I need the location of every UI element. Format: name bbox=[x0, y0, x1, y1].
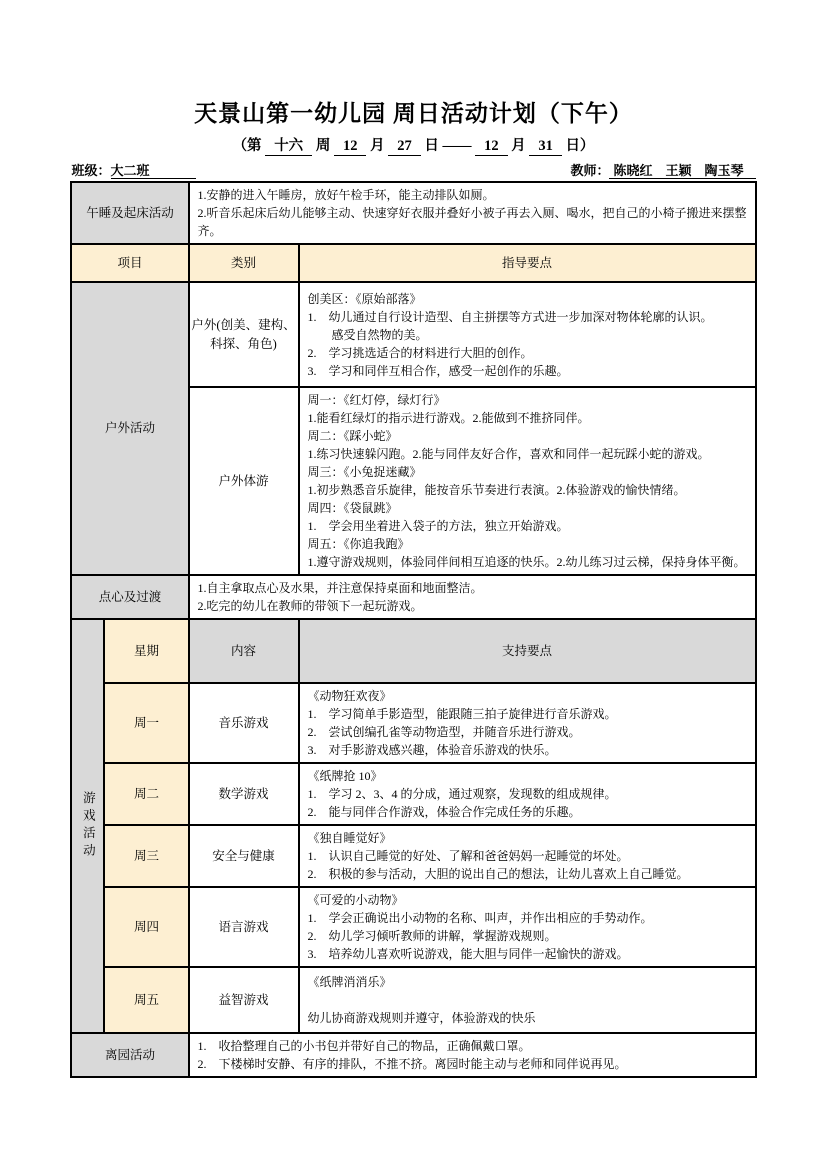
activity-plan-table: 午睡及起床活动 1.安静的进入午睡房，放好午检手环，能主动排队如厕。 2.听音乐… bbox=[70, 181, 756, 1078]
teacher-value: 陈晓红 王颖 陶玉琴 bbox=[609, 163, 755, 179]
start-month-blank: 12 bbox=[334, 138, 367, 156]
games-wed-content: 《独自睡觉好》 1. 认识自己睡觉的好处、了解和爸爸妈妈一起睡觉的坏处。 2. … bbox=[299, 825, 756, 887]
table-row: 户外活动 户外(创美、建构、科探、角色) 创美区：《原始部落》 1. 幼儿通过自… bbox=[71, 282, 755, 387]
class-value: 大二班 bbox=[111, 163, 196, 179]
table-row: 项目 类别 指导要点 bbox=[71, 244, 755, 282]
subtitle-month-char1: 月 bbox=[370, 138, 385, 154]
games-thu-category: 语言游戏 bbox=[189, 887, 299, 967]
page-title: 天景山第一幼儿园 周日活动计划（下午） bbox=[0, 95, 827, 128]
departure-row-content: 1. 收拾整理自己的小书包并带好自己的物品，正确佩戴口罩。 2. 下楼梯时安静、… bbox=[189, 1033, 756, 1077]
games-tue-category: 数学游戏 bbox=[189, 763, 299, 825]
table-row: 周二 数学游戏 《纸牌抢 10》 1. 学习 2、3、4 的分成，通过观察，发现… bbox=[71, 763, 755, 825]
subtitle-month-char2: 月 bbox=[511, 138, 526, 154]
outdoor-row2-category: 户外体游 bbox=[189, 387, 299, 575]
snack-row-label: 点心及过渡 bbox=[71, 575, 188, 619]
games-wed-day: 周三 bbox=[104, 825, 188, 887]
outdoor-row1-content: 创美区：《原始部落》 1. 幼儿通过自行设计造型、自主拼摆等方式进一步加深对物体… bbox=[299, 282, 756, 387]
end-month-blank: 12 bbox=[475, 138, 508, 156]
games-fri-category: 益智游戏 bbox=[189, 967, 299, 1033]
games-tue-content: 《纸牌抢 10》 1. 学习 2、3、4 的分成，通过观察，发现数的组成规律。 … bbox=[299, 763, 756, 825]
subtitle-dash: —— bbox=[442, 138, 471, 154]
document-page: 天景山第一幼儿园 周日活动计划（下午） （第 十六 周 12 月 27 日 ——… bbox=[0, 0, 827, 1078]
games-fri-day: 周五 bbox=[104, 967, 188, 1033]
table-row: 离园活动 1. 收拾整理自己的小书包并带好自己的物品，正确佩戴口罩。 2. 下楼… bbox=[71, 1033, 755, 1077]
subtitle-prefix: （第 bbox=[233, 138, 262, 154]
games-header-points: 支持要点 bbox=[299, 619, 756, 683]
games-section-label: 游戏活动 bbox=[71, 619, 104, 1033]
games-thu-day: 周四 bbox=[104, 887, 188, 967]
games-mon-category: 音乐游戏 bbox=[189, 683, 299, 763]
table-row: 周一 音乐游戏 《动物狂欢夜》 1. 学习简单手影造型，能跟随三拍子旋律进行音乐… bbox=[71, 683, 755, 763]
week-number-blank: 十六 bbox=[265, 134, 312, 156]
games-header-day: 星期 bbox=[104, 619, 188, 683]
class-field: 班级：大二班 bbox=[72, 160, 196, 179]
games-tue-day: 周二 bbox=[104, 763, 188, 825]
subtitle-day-char1: 日 bbox=[424, 138, 439, 154]
end-day-blank: 31 bbox=[529, 138, 562, 156]
table-row: 游戏活动 星期 内容 支持要点 bbox=[71, 619, 755, 683]
table-row: 周四 语言游戏 《可爱的小动物》 1. 学会正确说出小动物的名称、叫声，并作出相… bbox=[71, 887, 755, 967]
outdoor-header-project: 项目 bbox=[71, 244, 188, 282]
games-section-label-text: 游戏活动 bbox=[79, 791, 98, 861]
games-mon-content: 《动物狂欢夜》 1. 学习简单手影造型，能跟随三拍子旋律进行音乐游戏。 2. 尝… bbox=[299, 683, 756, 763]
class-label: 班级： bbox=[72, 163, 111, 178]
games-header-content: 内容 bbox=[189, 619, 299, 683]
outdoor-section-label: 户外活动 bbox=[71, 282, 188, 575]
games-fri-content: 《纸牌消消乐》 幼儿协商游戏规则并遵守，体验游戏的快乐 bbox=[299, 967, 756, 1033]
subtitle-week-char: 周 bbox=[316, 138, 331, 154]
table-row: 周三 安全与健康 《独自睡觉好》 1. 认识自己睡觉的好处、了解和爸爸妈妈一起睡… bbox=[71, 825, 755, 887]
info-line: 班级：大二班 教师：陈晓红 王颖 陶玉琴 bbox=[72, 160, 756, 179]
teacher-field: 教师：陈晓红 王颖 陶玉琴 bbox=[570, 160, 755, 179]
start-day-blank: 27 bbox=[388, 138, 421, 156]
outdoor-header-points: 指导要点 bbox=[299, 244, 756, 282]
nap-row-label: 午睡及起床活动 bbox=[71, 182, 188, 244]
snack-row-content: 1.自主拿取点心及水果，并注意保持桌面和地面整洁。 2.吃完的幼儿在教师的带领下… bbox=[189, 575, 756, 619]
page-subtitle: （第 十六 周 12 月 27 日 —— 12 月 31 日） bbox=[0, 134, 827, 156]
table-row: 周五 益智游戏 《纸牌消消乐》 幼儿协商游戏规则并遵守，体验游戏的快乐 bbox=[71, 967, 755, 1033]
games-thu-content: 《可爱的小动物》 1. 学会正确说出小动物的名称、叫声，并作出相应的手势动作。 … bbox=[299, 887, 756, 967]
table-row: 点心及过渡 1.自主拿取点心及水果，并注意保持桌面和地面整洁。 2.吃完的幼儿在… bbox=[71, 575, 755, 619]
games-mon-day: 周一 bbox=[104, 683, 188, 763]
table-row: 午睡及起床活动 1.安静的进入午睡房，放好午检手环，能主动排队如厕。 2.听音乐… bbox=[71, 182, 755, 244]
departure-row-label: 离园活动 bbox=[71, 1033, 188, 1077]
outdoor-header-category: 类别 bbox=[189, 244, 299, 282]
games-wed-category: 安全与健康 bbox=[189, 825, 299, 887]
subtitle-suffix: 日） bbox=[565, 138, 594, 154]
outdoor-row1-category: 户外(创美、建构、科探、角色) bbox=[189, 282, 299, 387]
teacher-label: 教师： bbox=[570, 163, 609, 178]
nap-row-content: 1.安静的进入午睡房，放好午检手环，能主动排队如厕。 2.听音乐起床后幼儿能够主… bbox=[189, 182, 756, 244]
outdoor-row2-content: 周一：《红灯停，绿灯行》 1.能看红绿灯的指示进行游戏。2.能做到不推挤同伴。 … bbox=[299, 387, 756, 575]
